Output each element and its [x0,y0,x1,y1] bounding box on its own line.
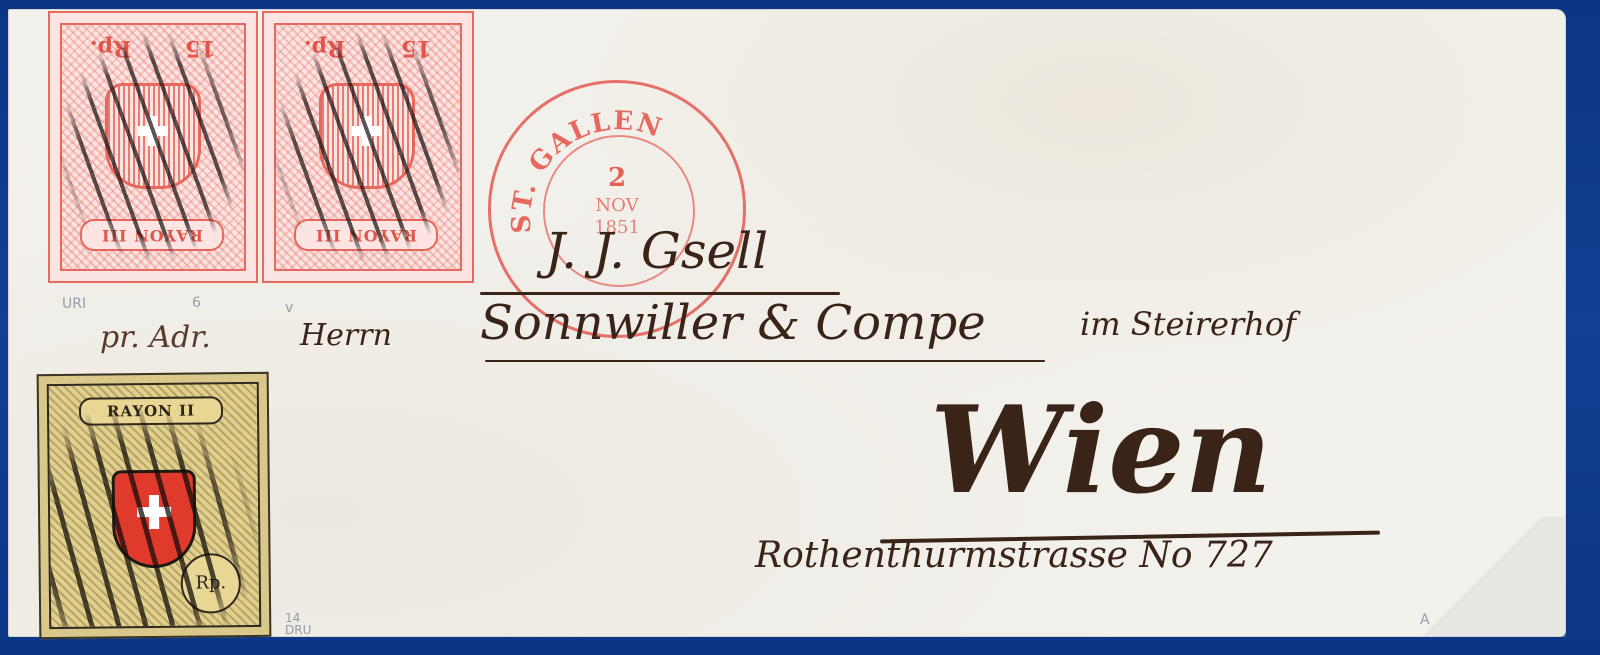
grid-cancel-mark [60,33,246,261]
addressee-firm: Sonnwiller & Compe [480,295,986,351]
postmark-month: NOV [491,195,743,216]
grid-cancel-mark [274,33,462,261]
street-address: Rothenthurmstrasse No 727 [755,535,1273,576]
underline [485,360,1045,362]
addressee-name: J. J. Gsell [545,222,768,280]
destination-city: Wien [930,380,1272,521]
pencil-note: URI [62,296,86,312]
salutation: Herrn [300,318,392,353]
routing-note: pr. Adr. [100,320,211,355]
grid-cancel-mark [49,404,259,627]
stamp-red-left: Rp. 15 RAYON III [48,11,258,283]
postmark-day: 2 [491,163,743,193]
stamp-red-right: Rp. 15 RAYON III [262,11,474,283]
pencil-note: A [1420,612,1430,628]
pencil-note: 14 DRU [285,612,315,636]
pencil-note: v [285,300,293,316]
stamp-yellow: RAYON II Rp. [37,372,272,639]
addressee-location: im Steirerhof [1080,305,1296,343]
pencil-note: 6 [192,295,201,311]
